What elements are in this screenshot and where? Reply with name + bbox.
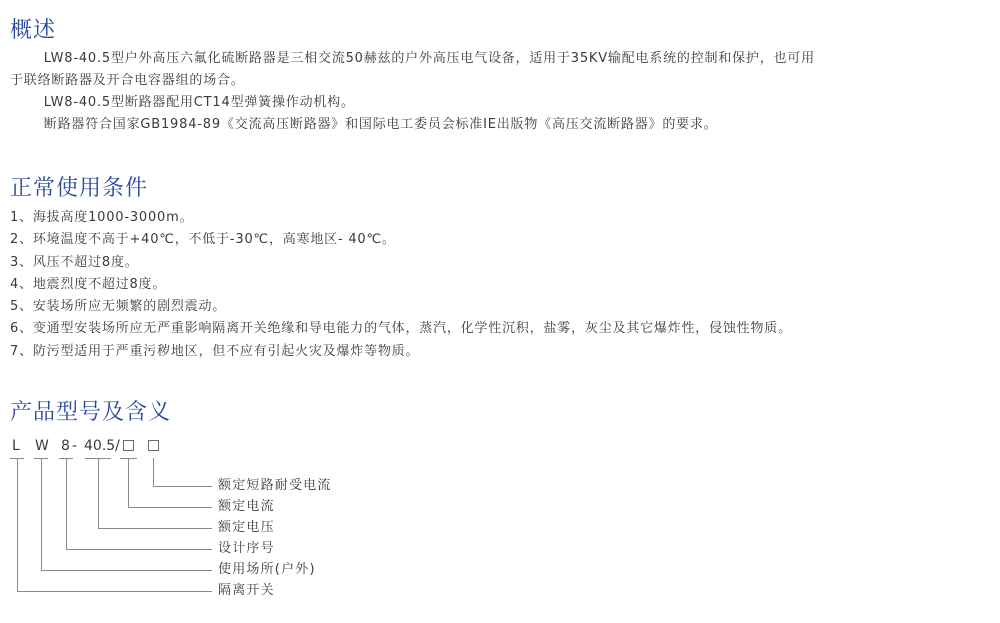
- label-usage-location: 使用场所(户外): [218, 562, 316, 578]
- model-diagram-lines: [0, 0, 220, 623]
- label-rated-current: 额定电流: [218, 499, 275, 515]
- label-short-circuit-current: 额定短路耐受电流: [218, 478, 332, 494]
- label-disconnector: 隔离开关: [218, 583, 275, 599]
- label-rated-voltage: 额定电压: [218, 520, 275, 536]
- label-design-number: 设计序号: [218, 541, 275, 557]
